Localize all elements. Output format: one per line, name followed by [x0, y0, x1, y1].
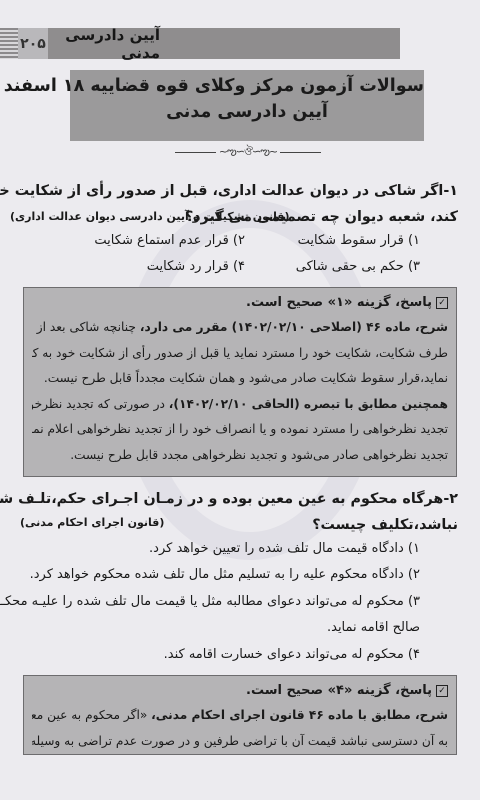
question-2-option-2: ۲) دادگاه محکوم علیه را به تسلیم مثل مال… — [30, 567, 420, 582]
answer-line: همچنین مطابق با تبصره (الحاقی ۱۴۰۲/۰۲/۱۰… — [32, 392, 448, 418]
chapter-title-box: سوالات آزمون مرکز وکلای قوه قضاییه ۱۸ اس… — [70, 70, 424, 141]
question-2-stem-line1: ۲-هرگاه محکوم به عین معین بوده و در زمـا… — [22, 486, 458, 512]
answer-line: تجدید نظرخواهی صادر می‌شود و تجدید نظرخو… — [32, 443, 448, 469]
answer-line-text: چنانچه شاکی بعد از وصول لایحه دفاعیه — [32, 320, 140, 334]
question-2-answer-box: ✓پاسخ، گزینه «۴» صحیح است. شرح، مطابق با… — [23, 675, 457, 755]
chapter-title-line2: آیین دادرسی مدنی — [70, 102, 424, 122]
answer-line-text: در صورتی که تجدید نظرخواه، دادخواست — [32, 397, 169, 411]
answer-line: طرف شکایت، شکایت خود را مسترد نماید یا ق… — [32, 341, 448, 367]
question-1-answer-box: ✓پاسخ، گزینه «۱» صحیح است. شرح، ماده ۴۶ … — [23, 287, 457, 477]
answer-heading-text: پاسخ، گزینه «۴» صحیح است. — [246, 683, 432, 698]
question-1-stem-line1: ۱-اگر شاکی در دیوان عدالت اداری، قبل از … — [22, 178, 458, 204]
answer-line-text: طرف شکایت، شکایت خود را مسترد نماید یا ق… — [32, 346, 448, 360]
answer-heading-text: پاسخ، گزینه «۱» صحیح است. — [246, 295, 432, 310]
question-2-answer-heading: ✓پاسخ، گزینه «۴» صحیح است. — [32, 678, 448, 703]
question-1-option-4: ۴) قرار رد شکایت — [147, 259, 245, 274]
flourish-icon: ~ఌ∽ঔ∽ఌ~ — [216, 143, 280, 162]
ornament-line-left — [175, 152, 216, 153]
question-2-option-4: ۴) محکوم له می‌تواند دعوای خسارت اقامه ک… — [164, 647, 420, 662]
question-1-option-3: ۳) حکم بی حقی شاکی — [296, 259, 420, 274]
answer-line: تجدید نظرخواهی را مسترد نموده و یا انصرا… — [32, 417, 448, 443]
checkbox-checked-icon: ✓ — [436, 685, 448, 697]
answer-line-text: نماید،قرار سقوط شکایت صادر می‌شود و همان… — [44, 371, 448, 385]
question-2-option-3: ۳) محکوم له می‌تواند دعوای مطالبه مثل یا… — [0, 594, 420, 609]
answer-line-bold: شرح، مطابق با ماده ۴۶ قانون اجرای احکام … — [151, 708, 448, 722]
question-1-option-1: ۱) قرار سقوط شکایت — [298, 233, 420, 248]
chapter-title-line1: سوالات آزمون مرکز وکلای قوه قضاییه ۱۸ اس… — [70, 76, 424, 96]
answer-line-text: تجدید نظرخواهی را مسترد نموده و یا انصرا… — [32, 422, 448, 436]
book-page: ۲۰۵ آیین دادرسی مدنی سوالات آزمون مرکز و… — [0, 0, 480, 800]
ornament-divider: ~ఌ∽ঔ∽ఌ~ — [175, 146, 321, 158]
running-header-title: آیین دادرسی مدنی — [48, 28, 400, 59]
answer-line-text: تجدید نظرخواهی صادر می‌شود و تجدید نظرخو… — [70, 448, 448, 462]
question-1-answer-heading: ✓پاسخ، گزینه «۱» صحیح است. — [32, 290, 448, 315]
answer-line: به آن دسترسی نباشد قیمت آن با تراضی طرفی… — [32, 729, 448, 755]
question-2-reference: (قانون اجرای احکام مدنی) — [20, 516, 164, 529]
question-2-option-3-cont: صالح اقامه نماید. — [327, 620, 420, 635]
page-number: ۲۰۵ — [18, 28, 48, 59]
question-1-option-2: ۲) قرار عدم استماع شکایت — [94, 233, 245, 248]
answer-line: شرح، مطابق با ماده ۴۶ قانون اجرای احکام … — [32, 703, 448, 729]
checkbox-checked-icon: ✓ — [436, 297, 448, 309]
header-stripes-decoration — [0, 28, 18, 59]
answer-line: نماید،قرار سقوط شکایت صادر می‌شود و همان… — [32, 366, 448, 392]
answer-line-bold: شرح، ماده ۴۶ (اصلاحی ۱۴۰۲/۰۲/۱۰) مقرر می… — [140, 320, 448, 334]
answer-line-text: به آن دسترسی نباشد قیمت آن با تراضی طرفی… — [32, 734, 448, 748]
answer-line-text: «اگر محکوم به عین معین بوده و تلف شده و … — [32, 708, 151, 722]
running-header: ۲۰۵ آیین دادرسی مدنی — [0, 28, 400, 59]
answer-line-bold: همچنین مطابق با تبصره (الحاقی ۱۴۰۲/۰۲/۱۰… — [169, 397, 448, 411]
answer-line: شرح، ماده ۴۶ (اصلاحی ۱۴۰۲/۰۲/۱۰) مقرر می… — [32, 315, 448, 341]
question-2-option-1: ۱) دادگاه قیمت مال تلف شده را تعیین خواه… — [149, 541, 420, 556]
question-1-reference: (قانون تشکیلات و آیین دادرسی دیوان عدالت… — [10, 210, 290, 223]
ornament-line-right — [280, 152, 321, 153]
